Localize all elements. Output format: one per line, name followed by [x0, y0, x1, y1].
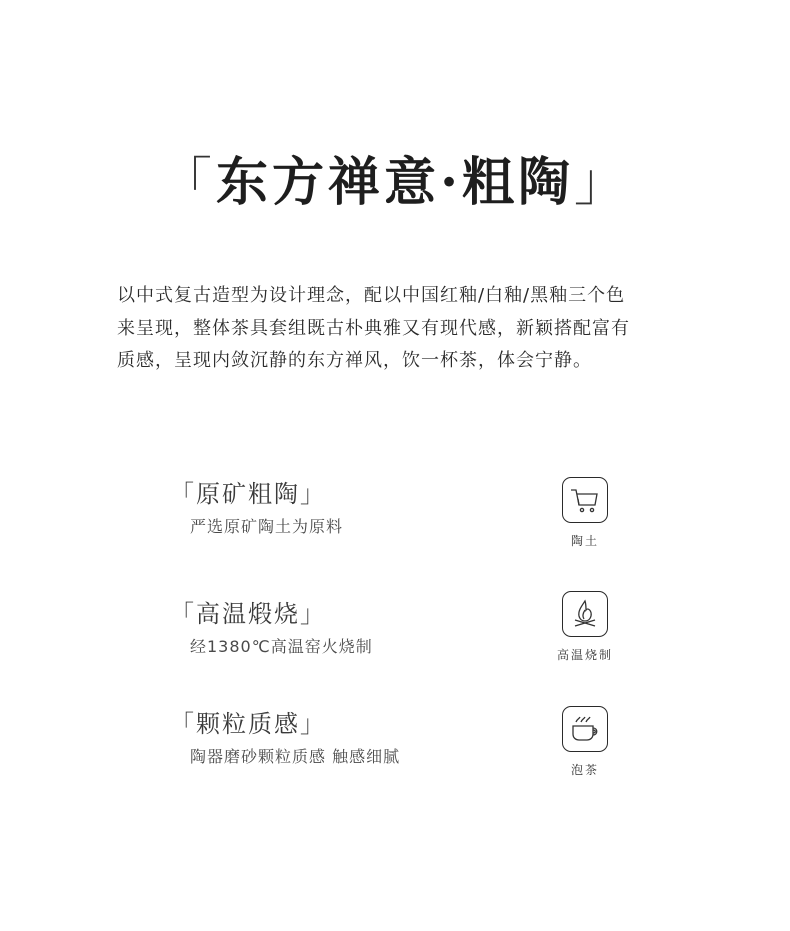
- title-close-bracket: 」: [574, 153, 630, 213]
- feature-title: 「原矿粗陶」: [170, 478, 470, 510]
- feature-desc: 经1380℃高温窑火烧制: [190, 636, 470, 658]
- intro-line: 质感，呈现内敛沉静的东方禅风，饮一杯茶，体会宁静。: [117, 345, 687, 378]
- feature-desc: 陶器磨砂颗粒质感 触感细腻: [190, 746, 470, 768]
- feature-high-temp-firing: 「高温煅烧」 经1380℃高温窑火烧制: [170, 598, 470, 658]
- badge-clay: 陶土: [545, 477, 625, 549]
- badge-label: 陶土: [545, 532, 625, 549]
- badge-firing: 高温烧制: [545, 591, 625, 663]
- feature-title: 「颗粒质感」: [170, 708, 470, 740]
- cart-icon: [562, 477, 608, 523]
- campfire-icon: [562, 591, 608, 637]
- title-text: 东方禅意·粗陶: [216, 152, 574, 213]
- intro-line: 以中式复古造型为设计理念，配以中国红釉/白釉/黑釉三个色: [117, 280, 687, 313]
- feature-raw-clay: 「原矿粗陶」 严选原矿陶土为原料: [170, 478, 470, 538]
- badge-label: 泡茶: [545, 761, 625, 778]
- feature-title: 「高温煅烧」: [170, 598, 470, 630]
- intro-line: 来呈现，整体茶具套组既古朴典雅又有现代感，新颖搭配富有: [117, 313, 687, 346]
- badge-label: 高温烧制: [545, 646, 625, 663]
- feature-desc: 严选原矿陶土为原料: [190, 516, 470, 538]
- feature-granular-texture: 「颗粒质感」 陶器磨砂颗粒质感 触感细腻: [170, 708, 470, 768]
- page-title: 「东方禅意·粗陶」: [0, 148, 790, 218]
- tea-cup-icon: [562, 706, 608, 752]
- intro-paragraph: 以中式复古造型为设计理念，配以中国红釉/白釉/黑釉三个色 来呈现，整体茶具套组既…: [117, 280, 687, 378]
- title-open-bracket: 「: [160, 153, 216, 213]
- badge-tea: 泡茶: [545, 706, 625, 778]
